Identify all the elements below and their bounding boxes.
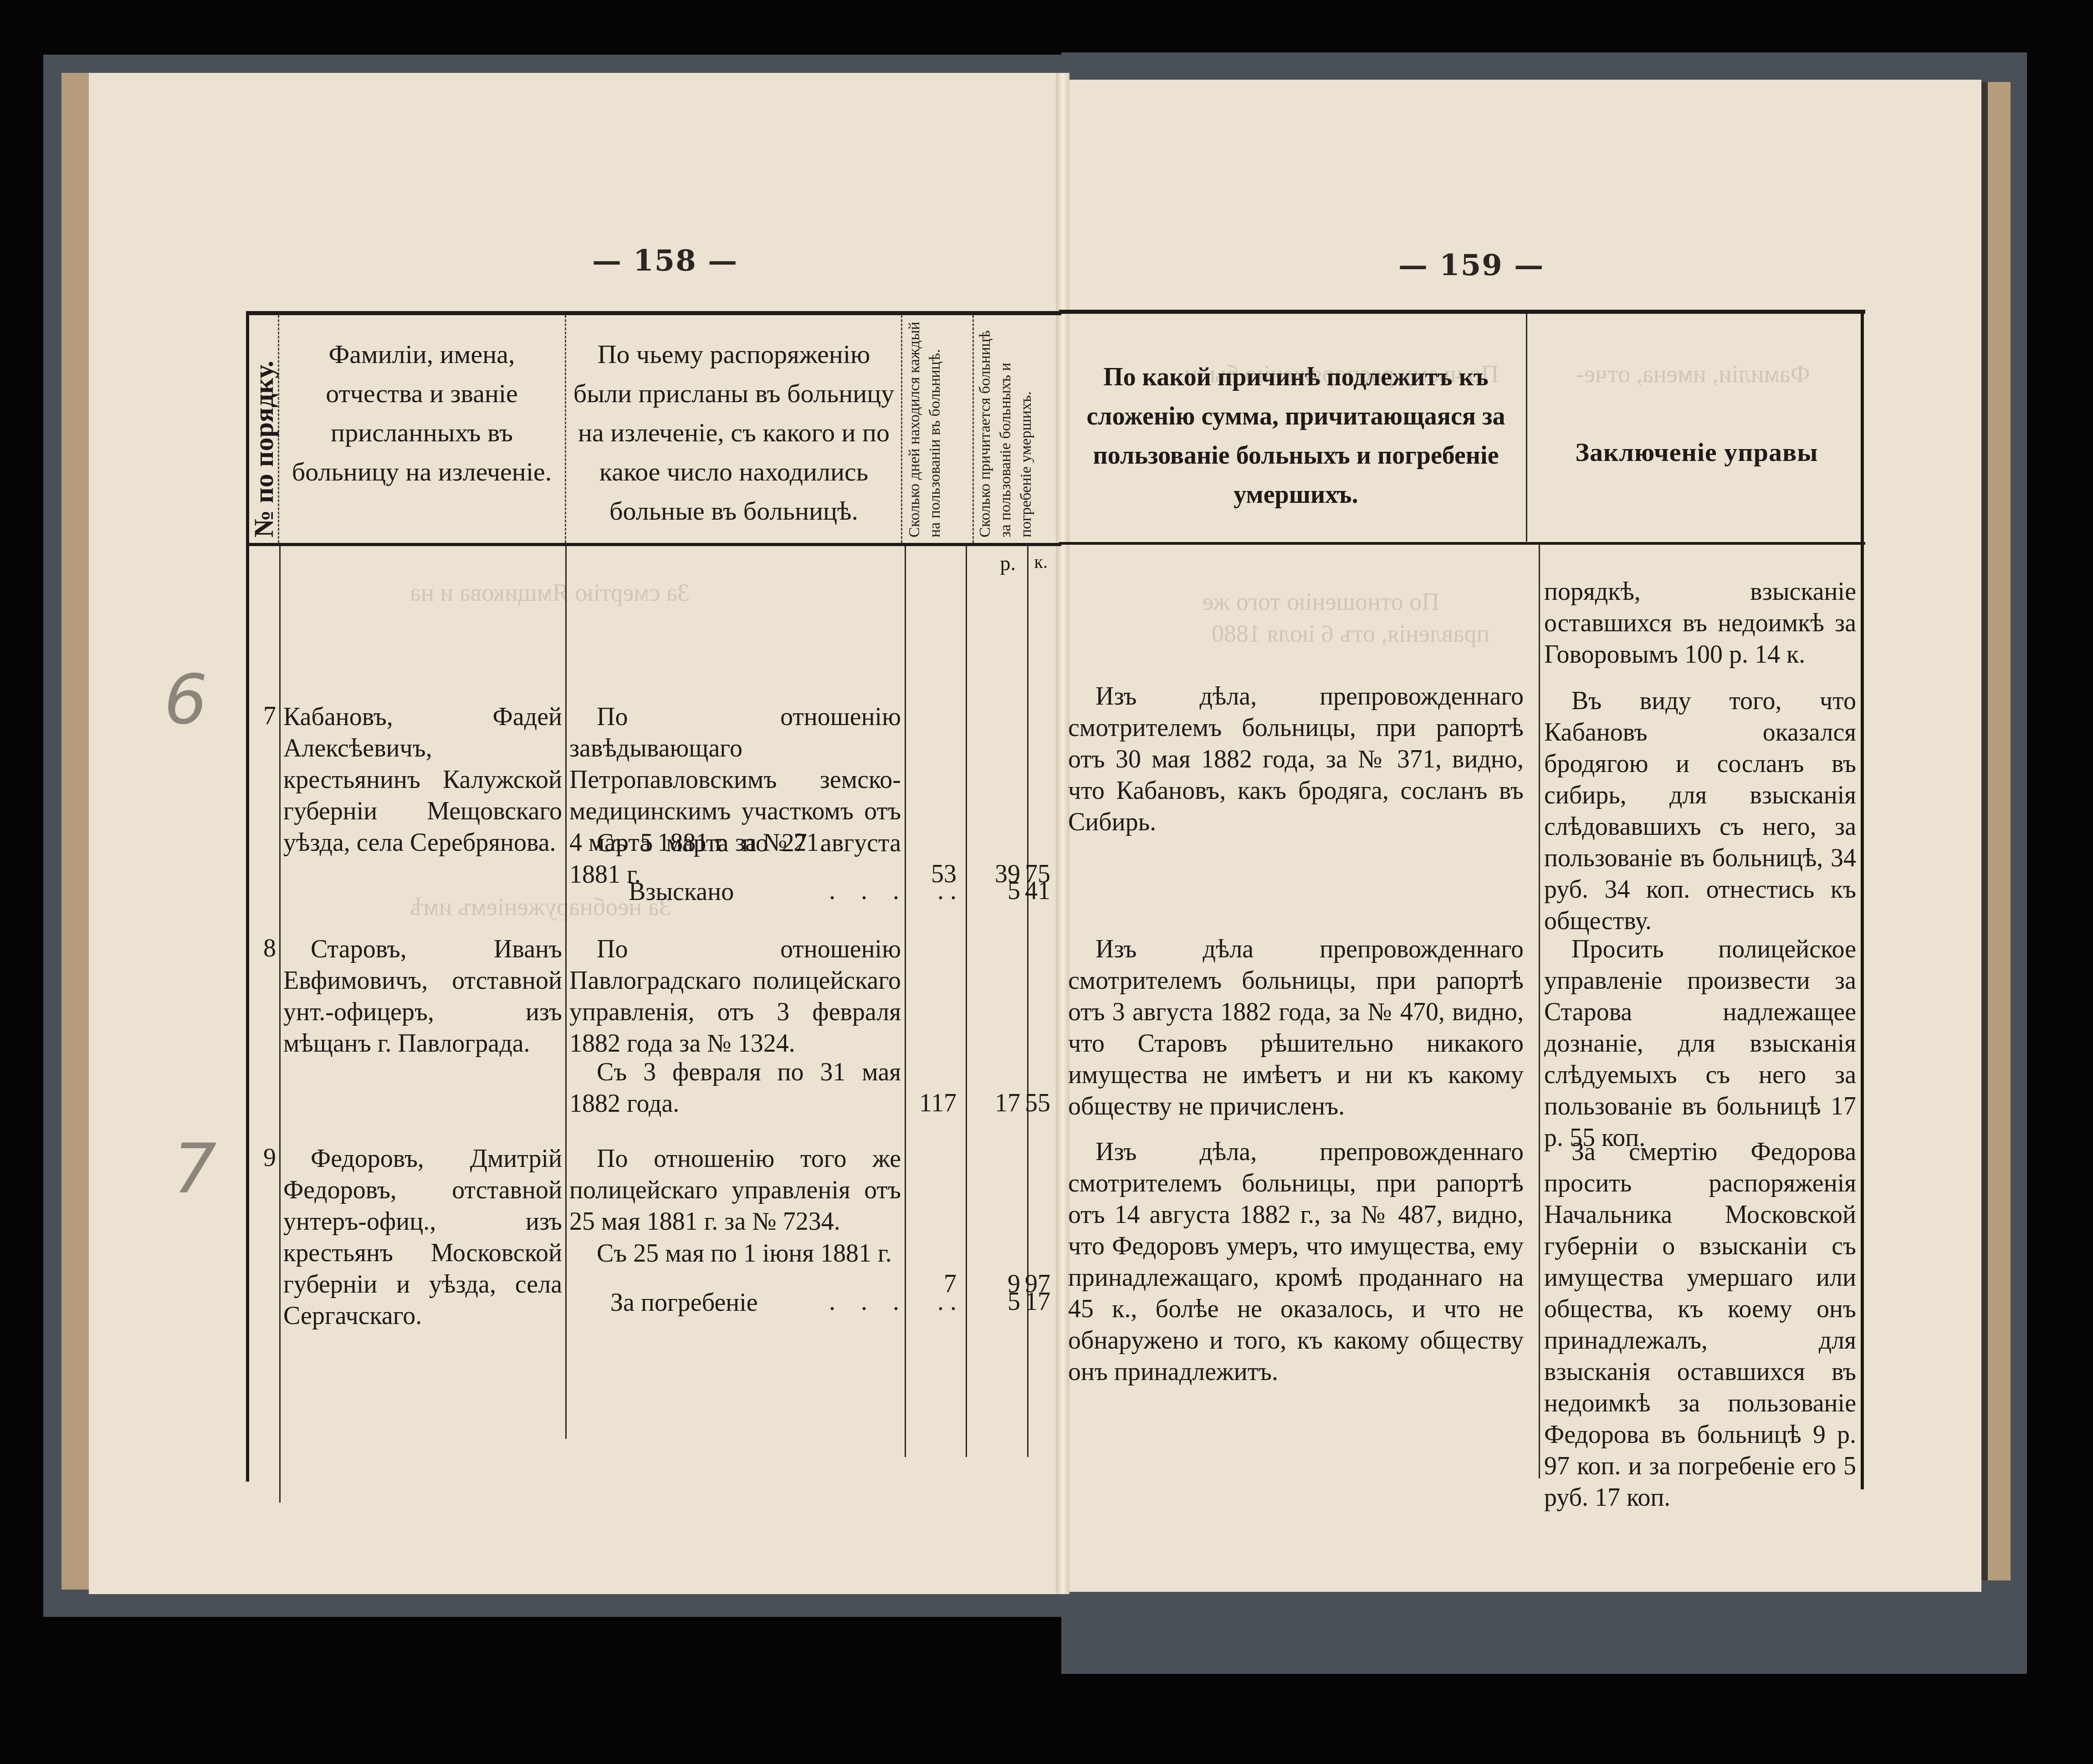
- patient-name: Старовъ, Иванъ Евфимовичъ, отставной унт…: [283, 934, 562, 1059]
- collected-days: . .: [906, 876, 957, 905]
- bleed-through-text: За смертію Ямщикова и на: [410, 578, 690, 607]
- gutter: [1056, 73, 1070, 1594]
- conclusion-text: Просить полицейское управленіе произвест…: [1544, 934, 1856, 1154]
- header-order: По чьему распоряженію были присланы въ б…: [569, 335, 898, 531]
- bleed-through-text: По отношенію того же: [1203, 588, 1439, 616]
- amount-kop: 55: [1025, 1089, 1050, 1118]
- table-right-border: [1861, 310, 1864, 1489]
- right-page-stack-line: [1981, 82, 1988, 1580]
- col-divider: [1526, 314, 1527, 542]
- collected-kop: 41: [1025, 876, 1050, 905]
- amount-rub: 17: [968, 1089, 1020, 1118]
- header-reason: По какой причинѣ подлежитъ къ сложенію с…: [1070, 358, 1521, 514]
- header-conclusion: Заключеніе управы: [1535, 433, 1858, 472]
- col-divider: [901, 315, 902, 543]
- patient-name: Кабановъ, Фадей Алексѣевичъ, крестьянинъ…: [283, 701, 562, 859]
- col-divider: [565, 546, 567, 1439]
- col-divider: [1539, 545, 1540, 1478]
- burial-kop: 17: [1025, 1287, 1050, 1316]
- left-page-edge: [61, 73, 89, 1590]
- row-index: 7: [250, 701, 276, 731]
- table-top-rule: [246, 311, 1061, 315]
- conclusion-text: Въ виду того, что Кабановъ оказался брод…: [1544, 685, 1856, 937]
- header-days: Сколько дней находился каждый на пользов…: [904, 319, 945, 537]
- patient-name: Федоровъ, Дмитрій Федоровъ, отставной ун…: [283, 1143, 562, 1332]
- row-index: 9: [250, 1143, 276, 1172]
- leader-dots: . . .: [829, 1287, 899, 1316]
- collected-rub: 5: [968, 876, 1020, 905]
- table-header-rule: [246, 543, 1061, 546]
- page-number-right: — 159 —: [1398, 248, 1544, 282]
- col-divider: [1027, 546, 1029, 1457]
- table-top-rule: [1059, 310, 1865, 314]
- page-number-left: — 158 —: [592, 244, 738, 278]
- stay-period: Съ 3 февраля по 31 мая 1882 года.: [569, 1057, 901, 1120]
- leader-dots: . . .: [829, 876, 899, 905]
- col-divider: [972, 315, 974, 543]
- margin-note-pencil: 7: [173, 1130, 216, 1209]
- reason-text: Изъ дѣла, препровожденнаго смотрителемъ …: [1068, 1136, 1524, 1388]
- bleed-through-text: Фамиліи, имена, отче-: [1576, 360, 1810, 388]
- unit-kop: к.: [1025, 551, 1048, 573]
- reason-text: Изъ дѣла, препровожденнаго смотрителемъ …: [1068, 681, 1524, 838]
- table-header-rule: [1059, 542, 1865, 545]
- reason-text: Изъ дѣла препровожденнаго смотрителемъ б…: [1068, 934, 1524, 1122]
- conclusion-text: За смертію Федорова просить распоряженія…: [1544, 1136, 1856, 1513]
- days-count: 117: [906, 1089, 957, 1118]
- col-divider: [279, 546, 281, 1503]
- referral-order: По отношенію того же полицейскаго управл…: [569, 1143, 901, 1237]
- bleed-through-text: правленія, отъ 6 іюля 1880: [1212, 619, 1489, 648]
- col-divider: [905, 546, 906, 1457]
- burial-label: За погребеніе: [610, 1287, 815, 1319]
- col-divider: [565, 315, 566, 543]
- row-index: 8: [250, 934, 276, 963]
- conclusion-carryover: порядкѣ, взысканіе оставшихся въ недоимк…: [1544, 576, 1856, 670]
- header-names: Фамиліи, имена, отчества и званіе присла…: [282, 335, 561, 491]
- right-page-edge: [1988, 82, 2011, 1580]
- burial-days: . .: [906, 1287, 957, 1316]
- margin-note-pencil: 6: [164, 660, 207, 740]
- col-divider: [966, 546, 967, 1457]
- header-amount: Сколько причитается больницѣ за пользова…: [975, 319, 1036, 537]
- stay-period: Съ 25 мая по 1 іюня 1881 г.: [569, 1238, 901, 1269]
- referral-order: По отношенію Павлоградскаго полицейскаго…: [569, 934, 901, 1059]
- collected-label: Взыскано: [629, 876, 811, 908]
- burial-rub: 5: [968, 1287, 1020, 1316]
- header-index: № по порядку.: [250, 361, 278, 537]
- unit-rub: р.: [984, 551, 1016, 575]
